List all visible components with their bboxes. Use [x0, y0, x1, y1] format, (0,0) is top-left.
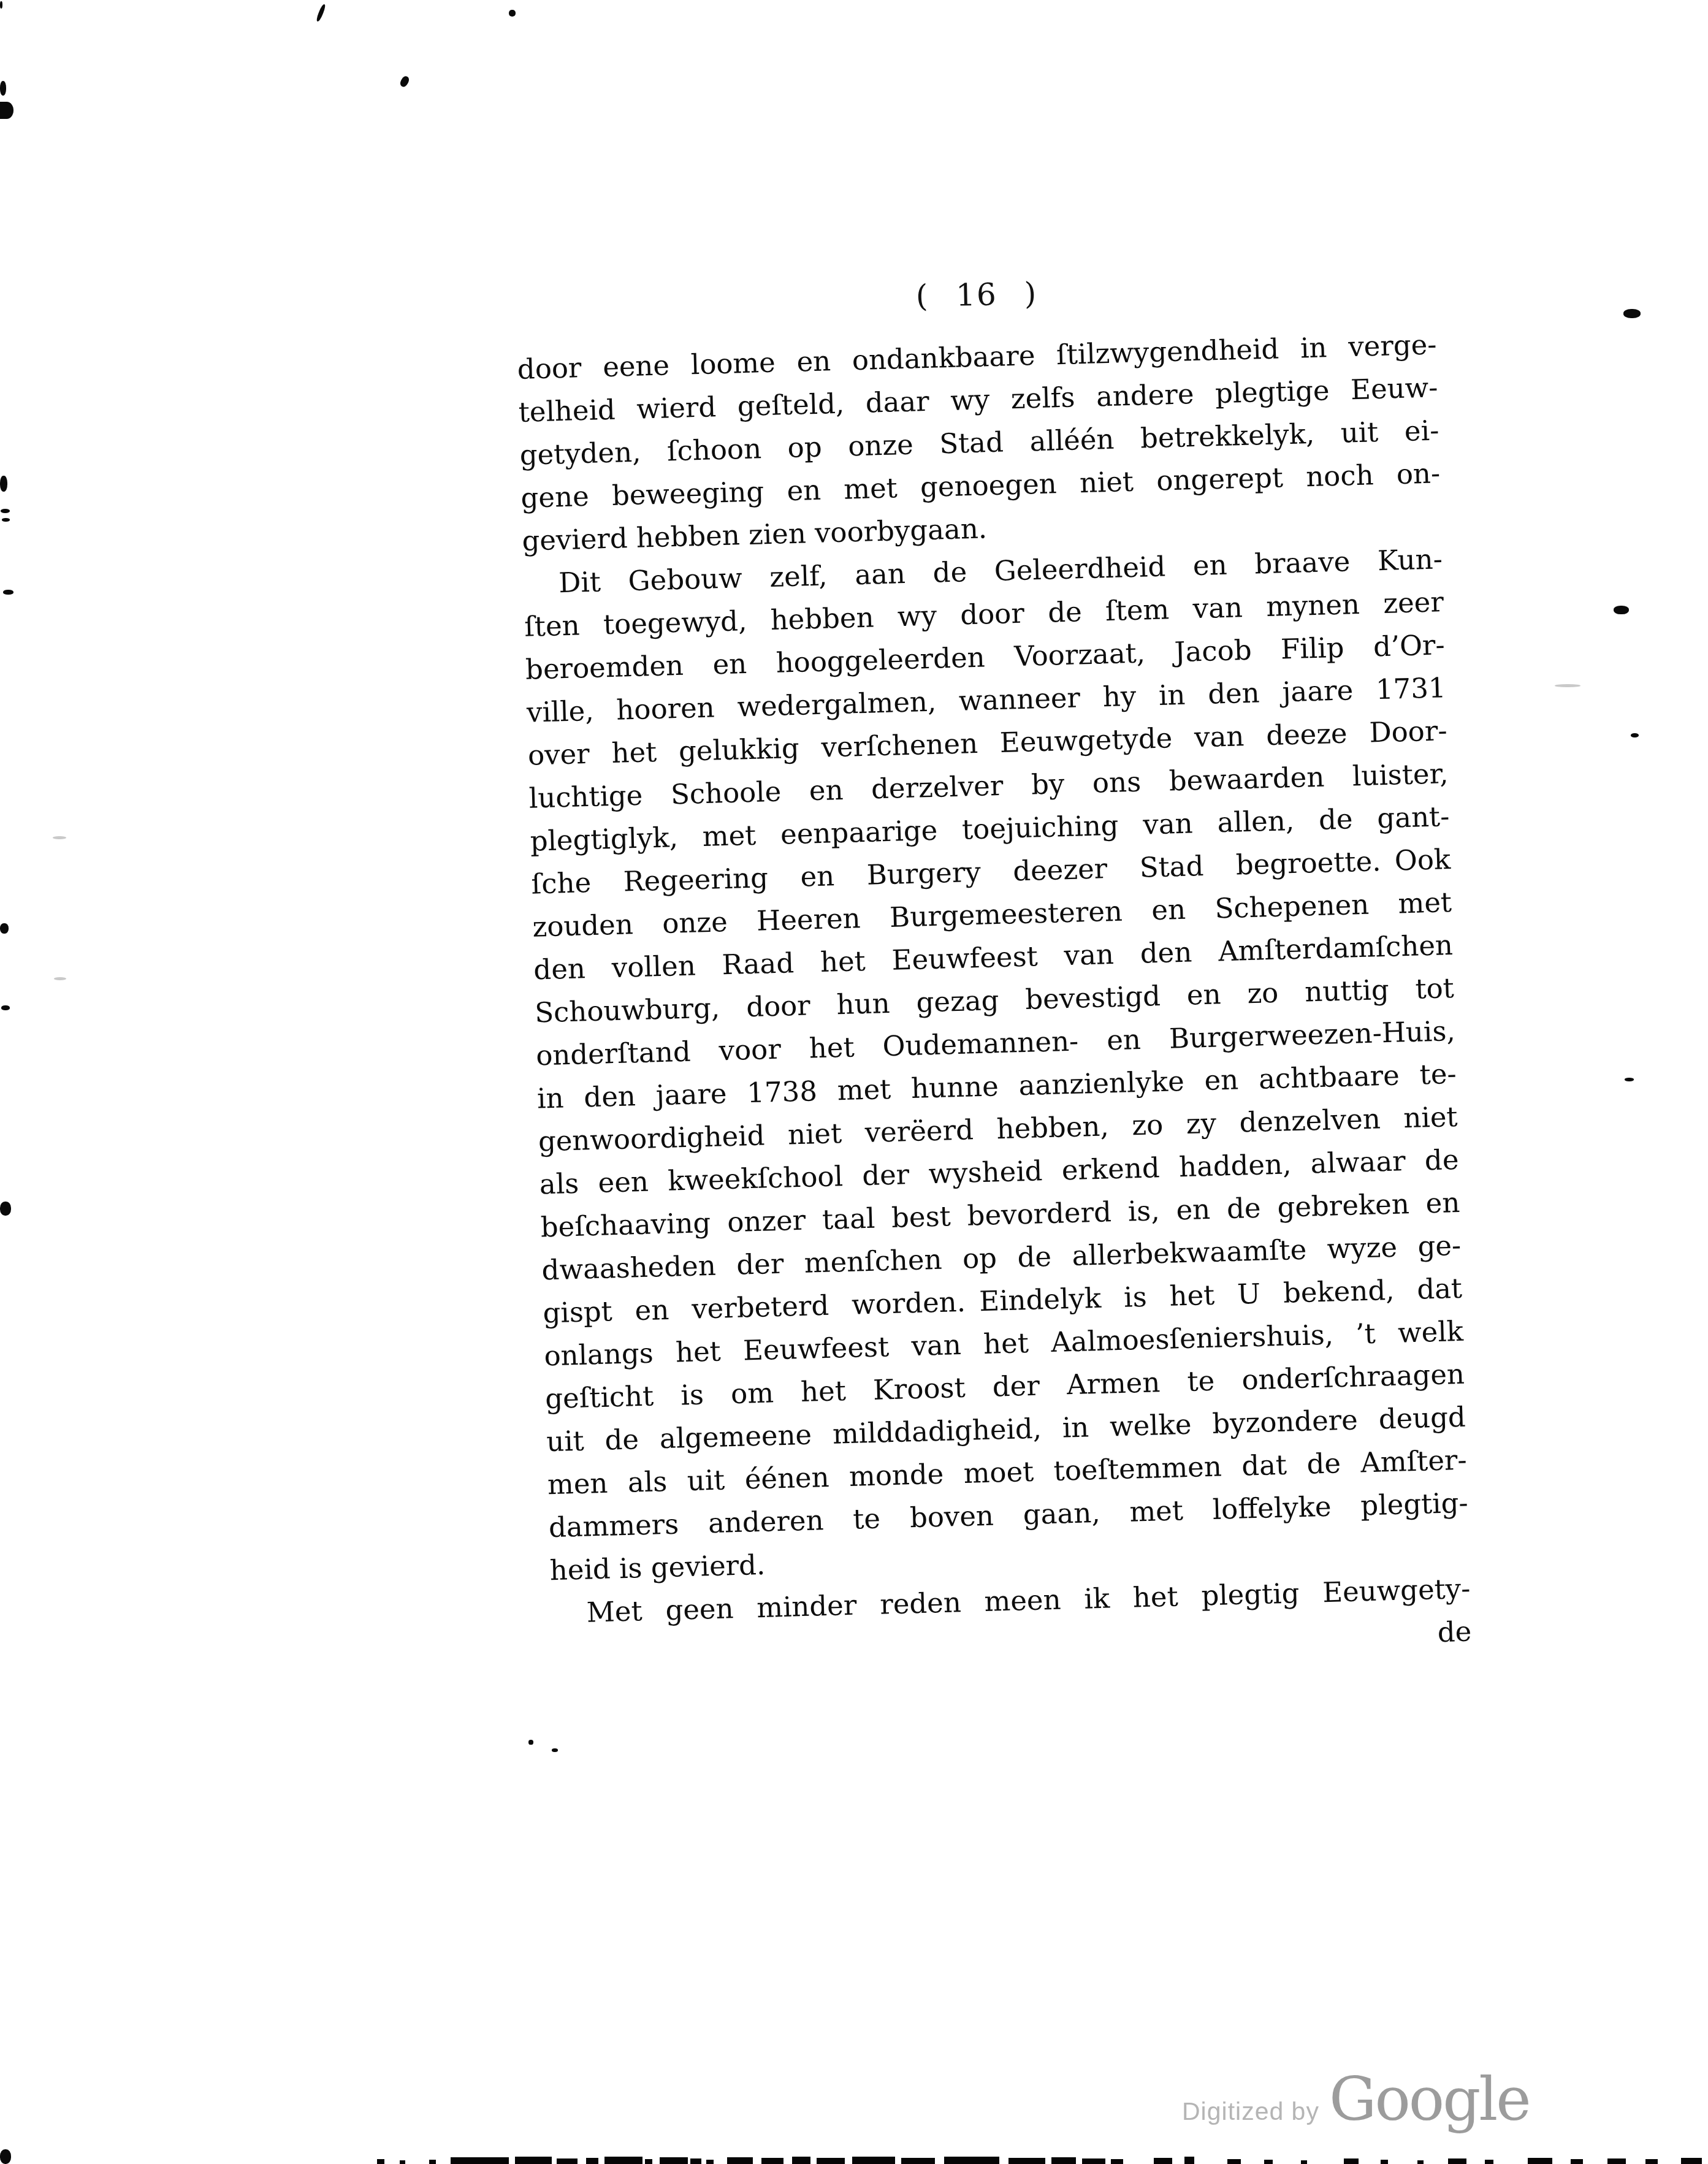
- cutoff-text-fragment: [1154, 2158, 1172, 2164]
- scan-speck: [398, 75, 410, 88]
- cutoff-text-fragment: [429, 2160, 436, 2164]
- cutoff-text-fragment: [761, 2158, 783, 2164]
- scan-speck: [0, 2149, 11, 2164]
- scan-speck: [1, 1005, 10, 1010]
- cutoff-text-fragment: [604, 2157, 642, 2164]
- cutoff-text-fragment: [1417, 2160, 1424, 2164]
- scan-speck: [552, 1748, 558, 1752]
- cutoff-text-fragment: [852, 2157, 895, 2164]
- scan-speck: [1625, 1078, 1634, 1081]
- cutoff-text-fragment: [690, 2158, 701, 2164]
- cutoff-text-fragment: [1264, 2160, 1273, 2164]
- cutoff-text-fragment: [1082, 2158, 1105, 2164]
- cutoff-text-fragment: [557, 2158, 578, 2164]
- cutoff-text-fragment: [1111, 2159, 1123, 2164]
- scan-speck: [0, 81, 6, 96]
- cutoff-text-fragment: [944, 2157, 999, 2164]
- scan-speck: [54, 977, 66, 980]
- cutoff-text-fragment: [1301, 2160, 1307, 2164]
- cutoff-text-fragment: [1645, 2159, 1658, 2164]
- page-number: ( 16 ): [517, 267, 1437, 322]
- cutoff-text-fragment: [1008, 2158, 1045, 2164]
- scan-speck: [0, 923, 9, 934]
- scan-speck: [3, 590, 13, 595]
- scan-speck: [1623, 309, 1641, 318]
- cutoff-text-fragment: [1571, 2159, 1583, 2164]
- cutoff-text-fragment: [515, 2157, 552, 2164]
- cutoff-text-fragment: [1681, 2158, 1702, 2164]
- cutoff-text-fragment: [1485, 2160, 1493, 2164]
- scanned-book-page: ( 16 ) door eene loome en ondankbaare ſt…: [0, 0, 1708, 2164]
- scan-speck: [1631, 733, 1639, 737]
- google-logo: Google: [1329, 2065, 1530, 2134]
- cutoff-text-fragment: [706, 2160, 714, 2164]
- cutoff-text-fragment: [901, 2158, 935, 2164]
- cutoff-text-fragment: [377, 2159, 384, 2164]
- scan-speck: [0, 1, 2, 9]
- scan-speck: [1, 509, 10, 513]
- cutoff-text-fragment: [645, 2159, 652, 2164]
- scan-speck: [1614, 606, 1629, 614]
- cutoff-text-fragment: [660, 2157, 688, 2164]
- scan-speck: [316, 4, 327, 22]
- scan-speck: [0, 102, 13, 119]
- cutoff-text-fragment: [1528, 2158, 1552, 2164]
- cutoff-text-fragment: [727, 2157, 753, 2164]
- scan-speck: [0, 476, 7, 492]
- cutoff-text-fragment: [1607, 2158, 1626, 2164]
- scan-speck: [1555, 684, 1580, 687]
- cutoff-text-fragment: [1184, 2157, 1194, 2164]
- scan-speck: [528, 1740, 533, 1745]
- scan-speck: [509, 10, 516, 17]
- cutoff-text-fragment: [1448, 2158, 1466, 2164]
- scan-speck: [53, 836, 66, 839]
- scan-speck: [0, 1202, 11, 1216]
- text-block: door eene loome en ondankbaare ſtilzwyge…: [517, 323, 1472, 1678]
- digitized-by-text: Digitized by: [1182, 2097, 1319, 2126]
- cutoff-text-fragment: [1381, 2160, 1388, 2164]
- cutoff-text-fragment: [1051, 2157, 1076, 2164]
- scan-speck: [2, 518, 10, 522]
- google-watermark: Digitized by Google: [1182, 2065, 1530, 2134]
- cutoff-text-fragment: [1344, 2158, 1359, 2164]
- cutoff-text-fragment: [1227, 2159, 1241, 2164]
- cutoff-text-fragment: [586, 2158, 598, 2164]
- cutoff-text-fragment: [400, 2160, 405, 2164]
- cutoff-text-fragment: [817, 2158, 845, 2164]
- cutoff-text-fragment: [451, 2157, 509, 2164]
- cutoff-text-fragment: [792, 2157, 810, 2164]
